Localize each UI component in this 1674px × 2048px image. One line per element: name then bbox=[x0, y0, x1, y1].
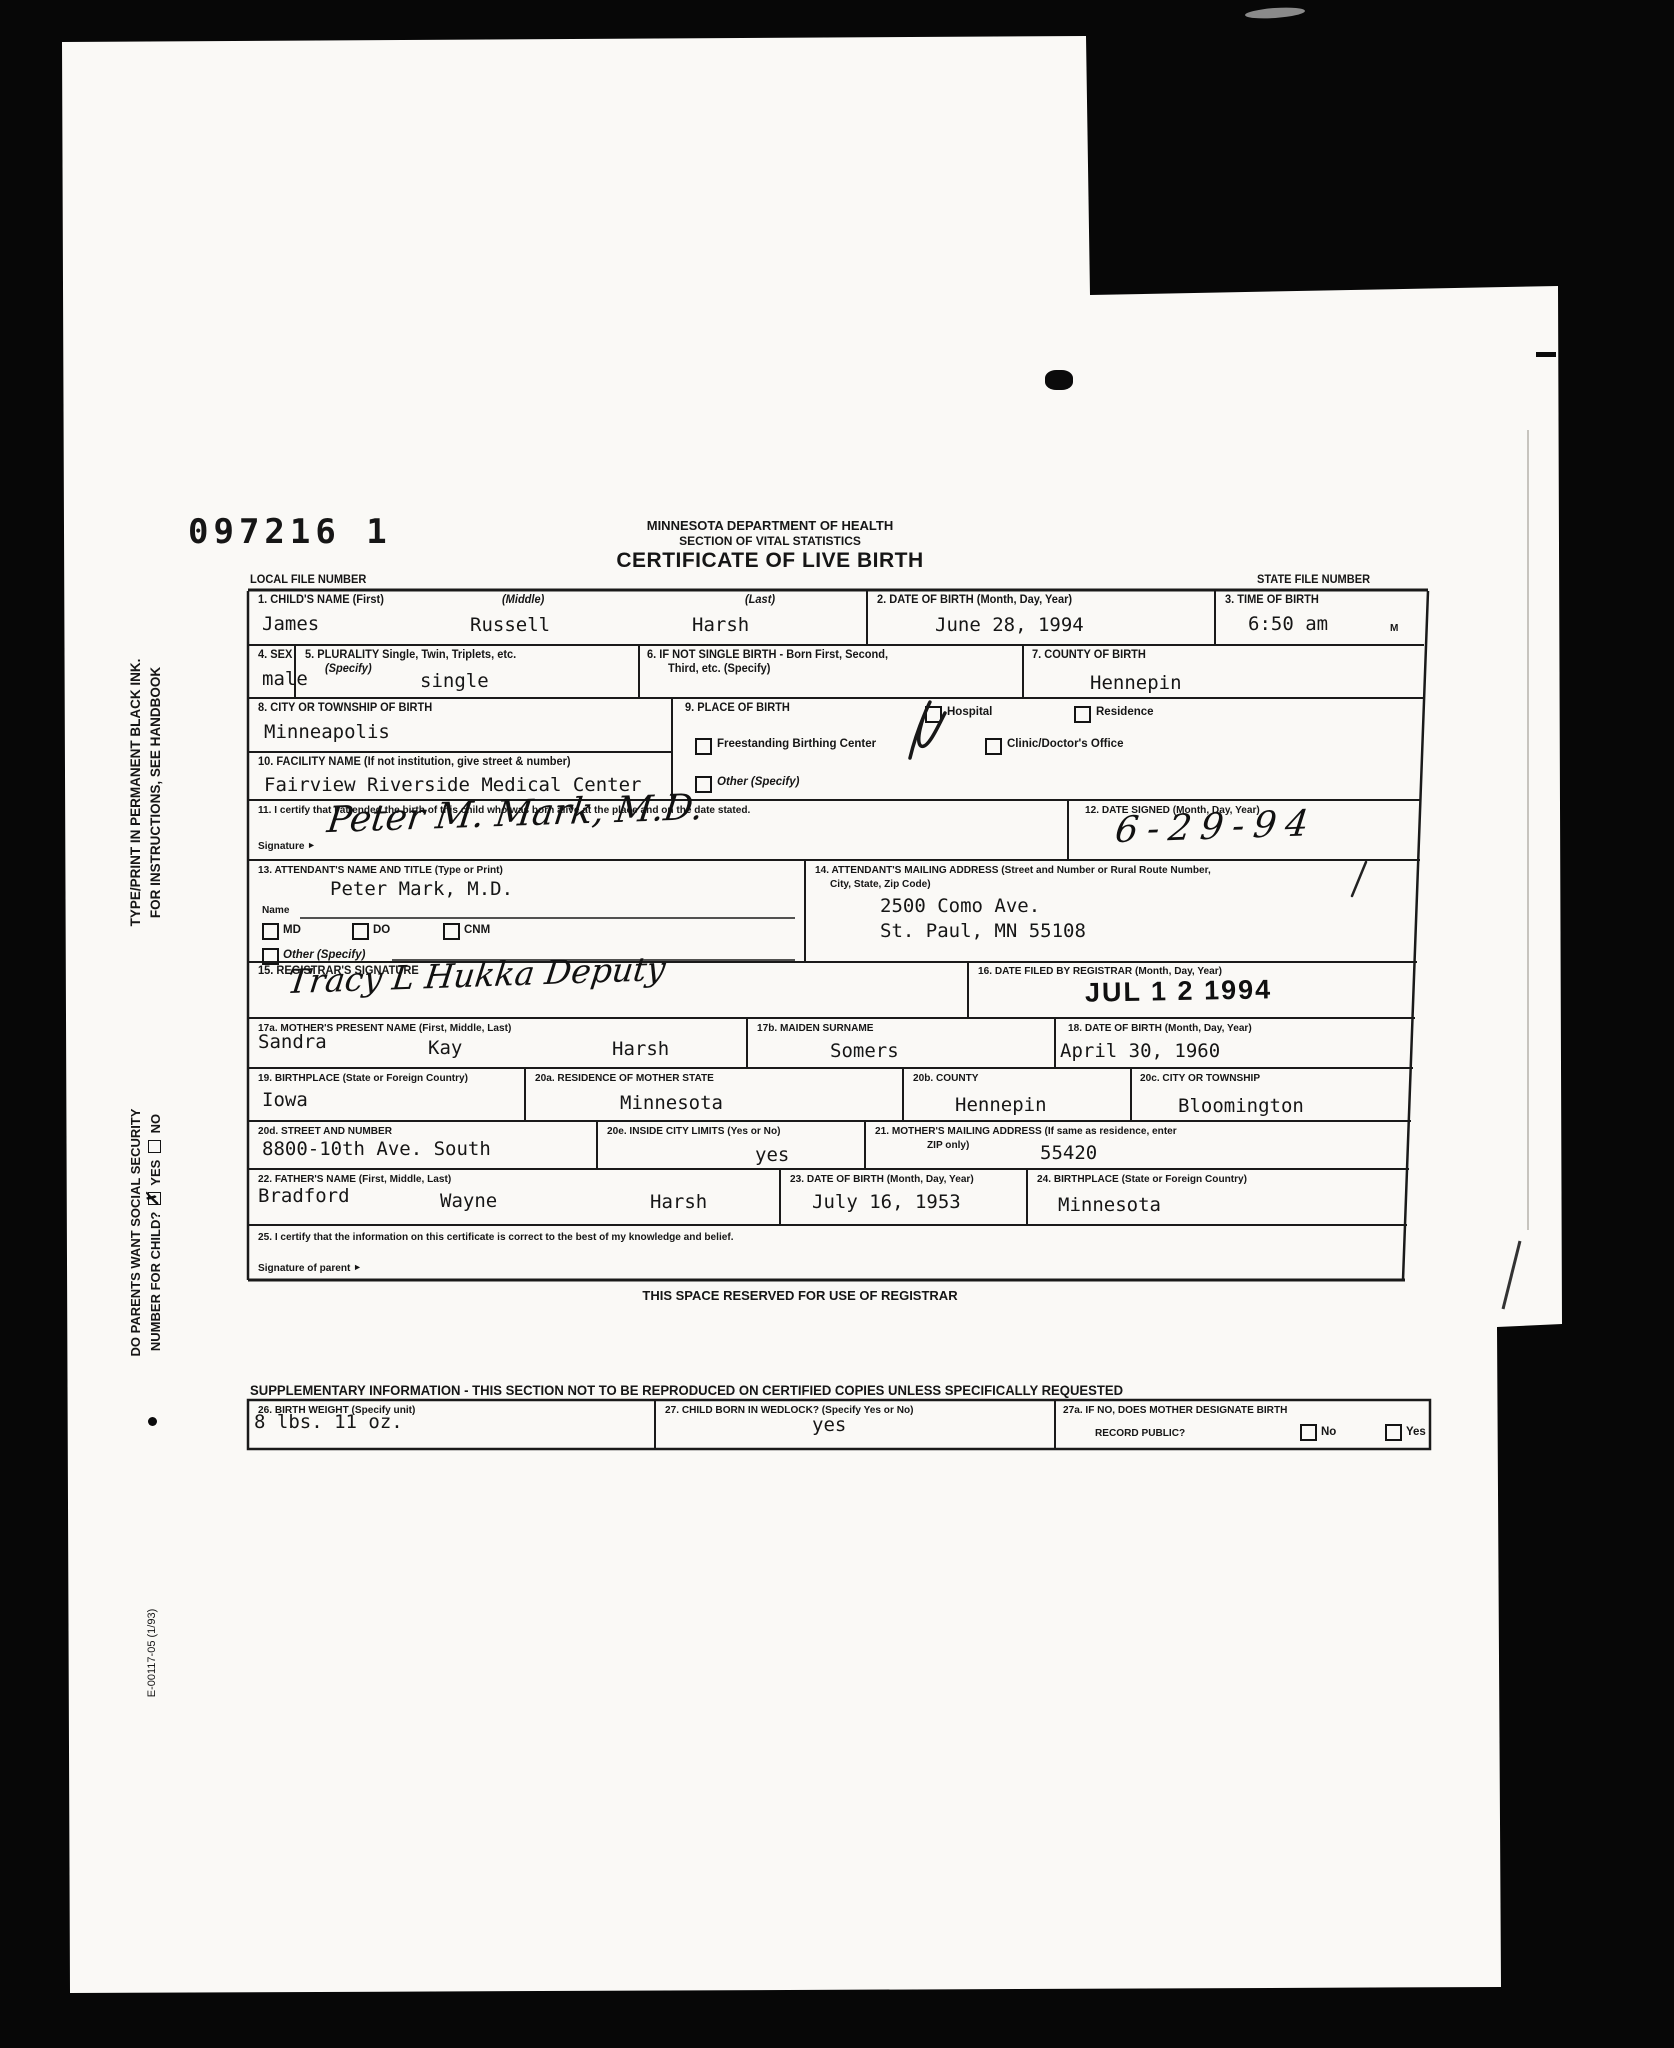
mother-mailing-label-1: 21. MOTHER'S MAILING ADDRESS (If same as… bbox=[875, 1125, 1177, 1137]
date-signed-handwriting: 6-29-94 bbox=[1113, 803, 1320, 851]
supplementary-heading: SUPPLEMENTARY INFORMATION - THIS SECTION… bbox=[250, 1383, 1123, 1398]
attendant-name-value: Peter Mark, M.D. bbox=[330, 878, 513, 900]
father-first-name: Bradford bbox=[258, 1185, 350, 1207]
state-file-number-label: STATE FILE NUMBER bbox=[1257, 574, 1370, 586]
county-of-birth-value: Hennepin bbox=[1090, 672, 1182, 694]
stray-pen-mark bbox=[1348, 858, 1370, 900]
scanned-document: 097216 1 MINNESOTA DEPARTMENT OF HEALTH … bbox=[0, 0, 1674, 2048]
record-public-label-2: RECORD PUBLIC? bbox=[1095, 1427, 1185, 1439]
street-number-value: 8800-10th Ave. South bbox=[262, 1138, 491, 1160]
parent-signature-arrow-icon: ► bbox=[353, 1262, 362, 1272]
not-single-birth-label-2: Third, etc. (Specify) bbox=[668, 663, 770, 675]
mother-county-value: Hennepin bbox=[955, 1094, 1047, 1116]
city-of-birth-value: Minneapolis bbox=[264, 721, 390, 743]
hospital-label: Hospital bbox=[947, 706, 992, 718]
ssn-yes-checkmark: ✗ bbox=[143, 1193, 163, 1206]
hospital-checkmark bbox=[898, 690, 952, 764]
father-birthplace-value: Minnesota bbox=[1058, 1194, 1161, 1216]
local-file-number-label: LOCAL FILE NUMBER bbox=[250, 574, 366, 586]
clinic-label: Clinic/Doctor's Office bbox=[1007, 738, 1123, 750]
section-name: SECTION OF VITAL STATISTICS bbox=[470, 534, 1070, 548]
father-name-label: 22. FATHER'S NAME (First, Middle, Last) bbox=[258, 1173, 451, 1185]
child-dob-label: 2. DATE OF BIRTH (Month, Day, Year) bbox=[877, 594, 1072, 606]
father-dob-label: 23. DATE OF BIRTH (Month, Day, Year) bbox=[790, 1173, 974, 1185]
father-dob-value: July 16, 1953 bbox=[812, 1191, 961, 1213]
ssn-yes-checkbox: ✗ bbox=[148, 1192, 161, 1205]
child-name-label: 1. CHILD'S NAME (First) bbox=[258, 594, 384, 606]
record-public-yes-label: Yes bbox=[1406, 1426, 1426, 1438]
child-last-label: (Last) bbox=[745, 594, 775, 606]
cnm-label: CNM bbox=[464, 924, 490, 936]
inside-city-limits-value: yes bbox=[755, 1144, 789, 1166]
ssn-question-line2: NUMBER FOR CHILD? ✗ YES NO bbox=[146, 1075, 166, 1390]
mother-first-name: Sandra bbox=[258, 1031, 327, 1053]
street-number-label: 20d. STREET AND NUMBER bbox=[258, 1125, 392, 1137]
sex-value: male bbox=[262, 668, 308, 690]
parent-signature-label: Signature of parent ► bbox=[258, 1262, 362, 1274]
mother-county-label: 20b. COUNTY bbox=[913, 1072, 979, 1084]
do-checkbox bbox=[352, 923, 369, 940]
mother-city-label: 20c. CITY OR TOWNSHIP bbox=[1140, 1072, 1260, 1084]
md-checkbox bbox=[262, 923, 279, 940]
mother-mailing-value: 55420 bbox=[1040, 1142, 1097, 1164]
father-middle-name: Wayne bbox=[440, 1190, 497, 1212]
child-dob-value: June 28, 1994 bbox=[935, 614, 1084, 636]
registrar-space-label: THIS SPACE RESERVED FOR USE OF REGISTRAR bbox=[450, 1288, 1150, 1303]
mother-city-value: Bloomington bbox=[1178, 1095, 1304, 1117]
maiden-surname-value: Somers bbox=[830, 1040, 899, 1062]
record-public-no-checkbox bbox=[1300, 1424, 1317, 1441]
birth-time-suffix: M bbox=[1390, 622, 1398, 634]
mother-dob-value: April 30, 1960 bbox=[1060, 1040, 1220, 1062]
wedlock-value: yes bbox=[812, 1414, 846, 1436]
birth-weight-value: 8 lbs. 11 oz. bbox=[254, 1411, 403, 1433]
plurality-value: single bbox=[420, 670, 489, 692]
do-label: DO bbox=[373, 924, 390, 936]
maiden-surname-label: 17b. MAIDEN SURNAME bbox=[757, 1022, 874, 1034]
margin-ssn-question: DO PARENTS WANT SOCIAL SECURITY NUMBER F… bbox=[126, 1075, 166, 1390]
margin-instructions: TYPE/PRINT IN PERMANENT BLACK INK. FOR I… bbox=[126, 585, 166, 1000]
child-last-name: Harsh bbox=[692, 614, 749, 636]
child-first-name: James bbox=[262, 613, 319, 635]
attendant-address-label-1: 14. ATTENDANT'S MAILING ADDRESS (Street … bbox=[815, 864, 1211, 876]
attendant-address-label-2: City, State, Zip Code) bbox=[830, 878, 931, 890]
county-of-birth-label: 7. COUNTY OF BIRTH bbox=[1032, 649, 1146, 661]
attendant-name-title-label: 13. ATTENDANT'S NAME AND TITLE (Type or … bbox=[258, 864, 503, 876]
parent-certify-label: 25. I certify that the information on th… bbox=[258, 1231, 734, 1243]
clinic-checkbox bbox=[985, 738, 1002, 755]
margin-instructions-line2: FOR INSTRUCTIONS, SEE HANDBOOK bbox=[146, 585, 166, 1000]
facility-name-label: 10. FACILITY NAME (If not institution, g… bbox=[258, 756, 571, 768]
cnm-checkbox bbox=[443, 923, 460, 940]
department-name: MINNESOTA DEPARTMENT OF HEALTH bbox=[470, 518, 1070, 533]
residence-label: Residence bbox=[1096, 706, 1154, 718]
father-birthplace-label: 24. BIRTHPLACE (State or Foreign Country… bbox=[1037, 1173, 1247, 1185]
attendant-address-line-2: St. Paul, MN 55108 bbox=[880, 920, 1086, 942]
margin-instructions-line1: TYPE/PRINT IN PERMANENT BLACK INK. bbox=[126, 585, 146, 1000]
birth-time-label: 3. TIME OF BIRTH bbox=[1225, 594, 1319, 606]
record-public-label-1: 27a. IF NO, DOES MOTHER DESIGNATE BIRTH bbox=[1063, 1404, 1287, 1416]
plurality-specify-label: (Specify) bbox=[325, 663, 372, 675]
mother-last-name: Harsh bbox=[612, 1038, 669, 1060]
child-middle-label: (Middle) bbox=[502, 594, 544, 606]
ssn-no-checkbox bbox=[148, 1140, 161, 1153]
ssn-yes-label: YES bbox=[148, 1160, 163, 1186]
not-single-birth-label-1: 6. IF NOT SINGLE BIRTH - Born First, Sec… bbox=[647, 649, 888, 661]
mother-birthplace-label: 19. BIRTHPLACE (State or Foreign Country… bbox=[258, 1072, 468, 1084]
date-filed-stamp: JUL 1 2 1994 bbox=[1085, 974, 1273, 1008]
father-last-name: Harsh bbox=[650, 1191, 707, 1213]
mother-residence-state-value: Minnesota bbox=[620, 1092, 723, 1114]
mother-birthplace-value: Iowa bbox=[262, 1089, 308, 1111]
attendant-address-line-1: 2500 Como Ave. bbox=[880, 895, 1040, 917]
place-other-label: Other (Specify) bbox=[717, 776, 799, 788]
attendant-signature-label: Signature ► bbox=[258, 840, 316, 852]
residence-checkbox bbox=[1074, 706, 1091, 723]
md-label: MD bbox=[283, 924, 301, 936]
certificate-title: CERTIFICATE OF LIVE BIRTH bbox=[470, 549, 1070, 573]
record-public-no-label: No bbox=[1321, 1426, 1336, 1438]
mother-residence-state-label: 20a. RESIDENCE OF MOTHER STATE bbox=[535, 1072, 714, 1084]
wedlock-label: 27. CHILD BORN IN WEDLOCK? (Specify Yes … bbox=[665, 1404, 913, 1416]
mother-dob-label: 18. DATE OF BIRTH (Month, Day, Year) bbox=[1068, 1022, 1252, 1034]
ssn-no-label: NO bbox=[148, 1114, 163, 1134]
child-middle-name: Russell bbox=[470, 614, 550, 636]
attendant-name-line-label: Name bbox=[262, 904, 289, 916]
attendant-other-checkbox bbox=[262, 948, 279, 965]
local-file-number-value: 097216 1 bbox=[188, 512, 392, 552]
form-code: E-00117-05 (1/93) bbox=[142, 1578, 162, 1728]
record-public-yes-checkbox bbox=[1385, 1424, 1402, 1441]
mother-middle-name: Kay bbox=[428, 1037, 462, 1059]
signature-arrow-icon: ► bbox=[307, 840, 316, 850]
sex-label: 4. SEX bbox=[258, 649, 292, 661]
birthing-center-label: Freestanding Birthing Center bbox=[717, 738, 876, 750]
birth-time-value: 6:50 am bbox=[1248, 613, 1328, 635]
place-of-birth-label: 9. PLACE OF BIRTH bbox=[685, 702, 790, 714]
city-of-birth-label: 8. CITY OR TOWNSHIP OF BIRTH bbox=[258, 702, 432, 714]
plurality-label: 5. PLURALITY Single, Twin, Triplets, etc… bbox=[305, 649, 516, 661]
mother-mailing-label-2: ZIP only) bbox=[927, 1139, 969, 1151]
birthing-center-checkbox bbox=[695, 738, 712, 755]
inside-city-limits-label: 20e. INSIDE CITY LIMITS (Yes or No) bbox=[607, 1125, 780, 1137]
ssn-question-line1: DO PARENTS WANT SOCIAL SECURITY bbox=[126, 1075, 146, 1390]
